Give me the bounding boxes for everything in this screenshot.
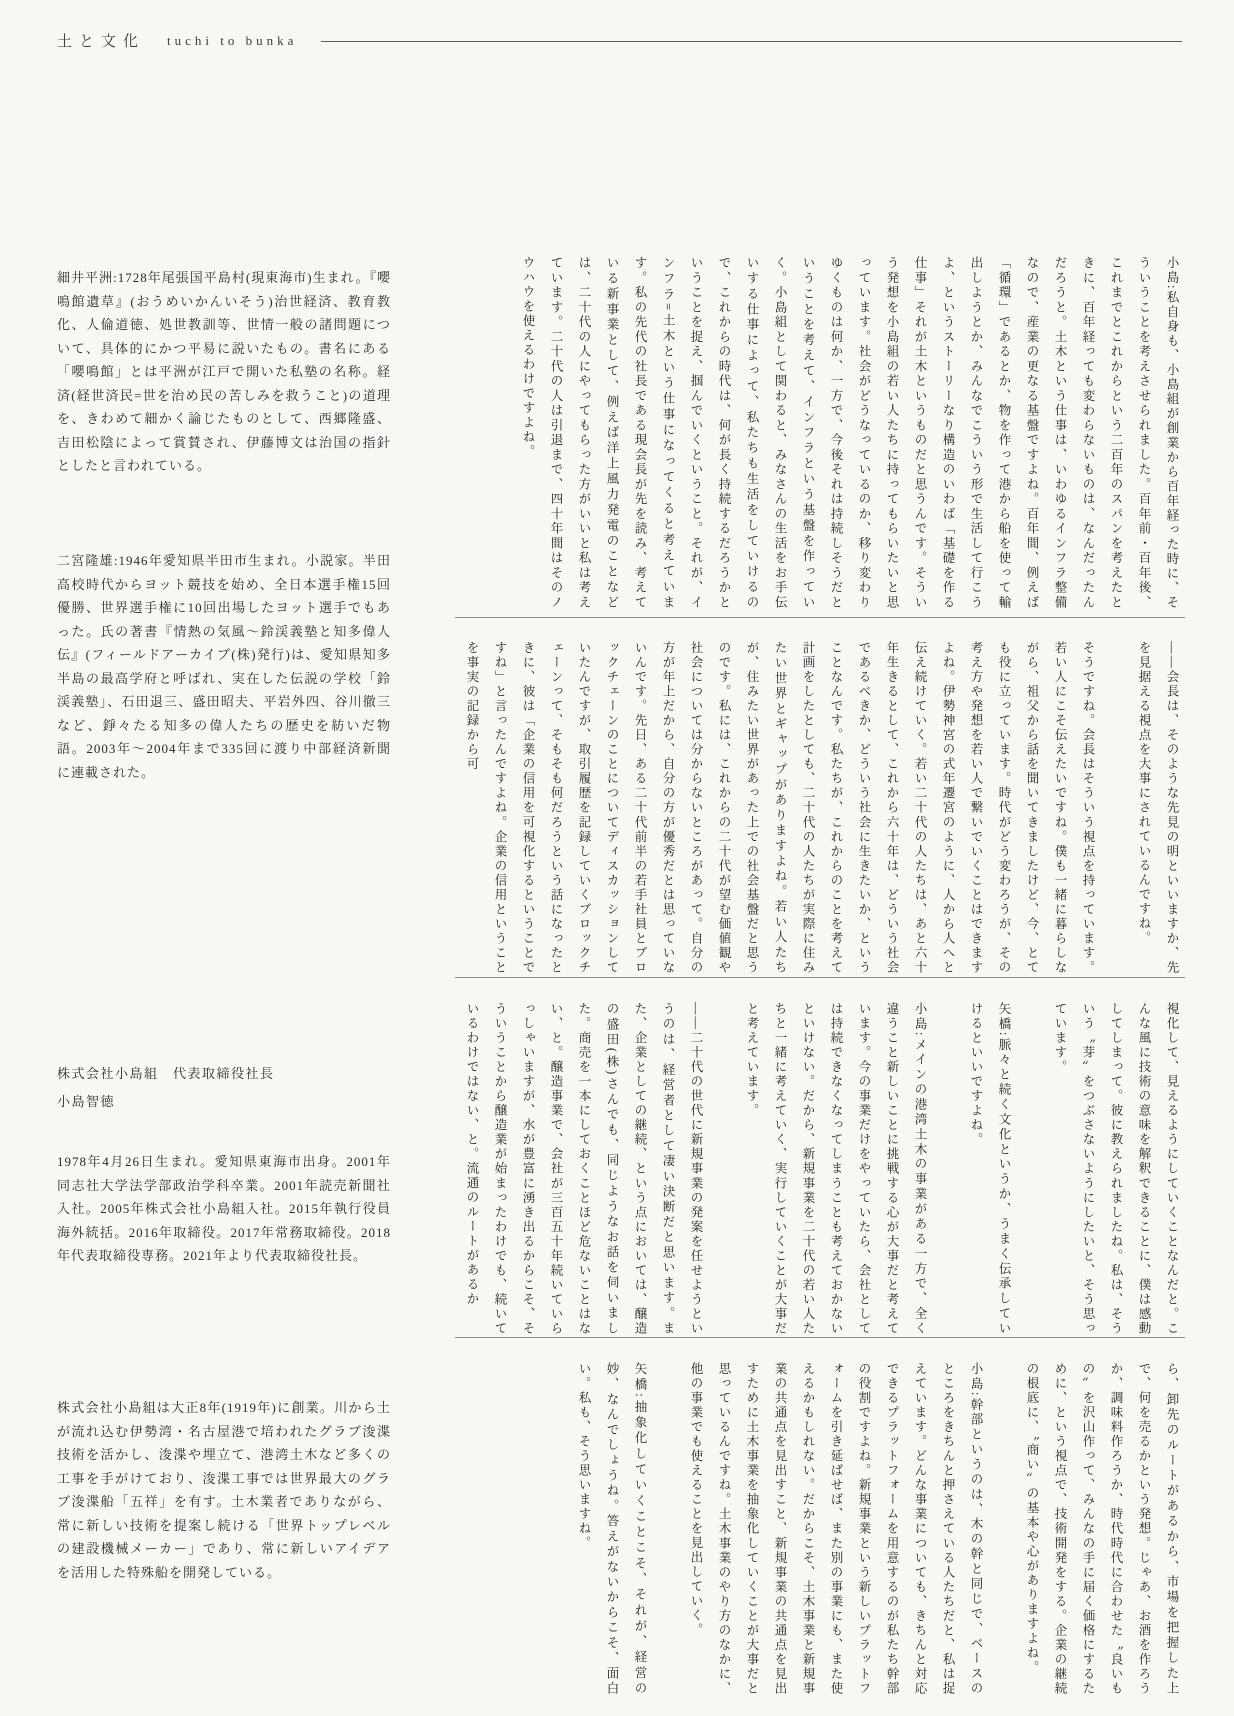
- page-header: 土と文化 tuchi to bunka: [57, 30, 1182, 51]
- section-divider-2: [455, 977, 1185, 978]
- interview-paragraph: 矢橋:抽象化していくことこそ、それが、経営の妙、なんでしょうね。答えがないからこ…: [570, 1362, 654, 1696]
- profile-president-name: 小島智徳: [57, 1088, 391, 1116]
- interviewer-question: ――会長は、そのような先見の明といいますか、先を見据える視点を大事にされているん…: [1130, 641, 1186, 975]
- interview-band-3: 視化して、見えるようにしていくことなんだと。こんな風に技術の意味を解釈できること…: [450, 1002, 1186, 1336]
- section-divider-1: [455, 617, 1185, 618]
- interview-band-2: ――会長は、そのような先見の明といいますか、先を見据える視点を大事にされているん…: [450, 641, 1186, 975]
- note-kojimagumi-company: 株式会社小島組は大正8年(1919年)に創業。川から土が流れ込む伊勢湾・名古屋港…: [57, 1396, 391, 1584]
- interview-paragraph: 小島:幹部というのは、木の幹と同じで、ベースのところをきちんと押さえている人たち…: [682, 1362, 990, 1696]
- section-divider-3: [455, 1337, 1185, 1338]
- interview-band-1: 小島:私自身も、小島組が創業から百年経った時に、そういうことを考えさせられました…: [450, 256, 1186, 610]
- interview-paragraph: そうですね。会長はそういう視点を持っています。若い人にこそ伝えたいですね。僕も一…: [458, 641, 1102, 975]
- president-profile-note: 株式会社小島組 代表取締役社長 小島智徳 1978年4月26日生まれ。愛知県東海…: [57, 1060, 391, 1268]
- profile-company-title: 株式会社小島組 代表取締役社長: [57, 1060, 391, 1088]
- interviewer-question: ――二十代の世代に新規事業の発案を任せようというのは、経営者として凄い決断だと思…: [458, 1002, 710, 1336]
- interview-paragraph: 小島:メインの港湾土木の事業がある一方で、全く違うこと新しいことに挑戦する心が大…: [738, 1002, 934, 1336]
- header-rule: [321, 41, 1182, 42]
- interview-paragraph: ら、卸先のルートがあるから、市場を把握した上で、何を売るかという発想。じゃあ、お…: [1018, 1362, 1186, 1696]
- note-hosoi-heishu: 細井平洲:1728年尾張国平島村(現東海市)生まれ。『嚶鳴館遺草』(おうめいかん…: [57, 266, 391, 478]
- interview-paragraph: 視化して、見えるようにしていくことなんだと。こんな風に技術の意味を解釈できること…: [1046, 1002, 1186, 1336]
- page-title-romaji: tuchi to bunka: [167, 33, 297, 49]
- interview-band-4: ら、卸先のルートがあるから、市場を把握した上で、何を売るかという発想。じゃあ、お…: [450, 1362, 1186, 1696]
- note-ninomiya-takao: 二宮隆雄:1946年愛知県半田市生まれ。小説家。半田高校時代からヨット競技を始め…: [57, 549, 391, 784]
- profile-president-bio: 1978年4月26日生まれ。愛知県東海市出身。2001年同志社大学法学部政治学科…: [57, 1150, 391, 1268]
- interview-paragraph: 小島:私自身も、小島組が創業から百年経った時に、そういうことを考えさせられました…: [514, 256, 1186, 610]
- page-title-japanese: 土と文化: [57, 30, 145, 51]
- interview-paragraph: 矢橋:脈々と続く文化というか、うまく伝承していけるといいですよね。: [962, 1002, 1018, 1336]
